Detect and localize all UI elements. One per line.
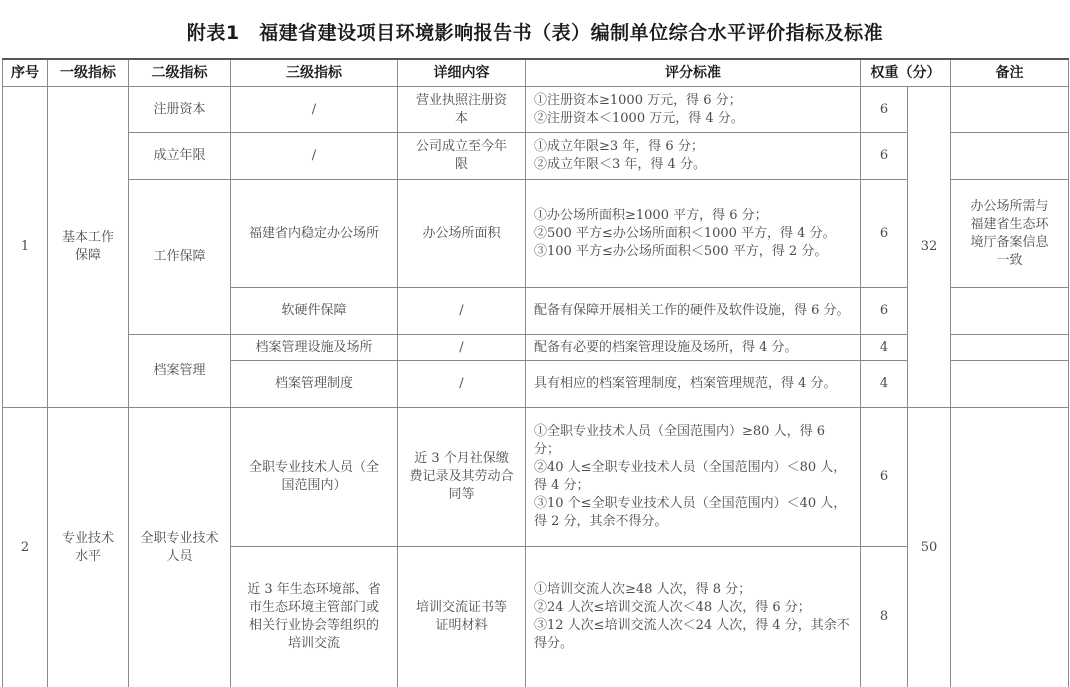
group-index: 2 xyxy=(3,408,48,687)
criteria-cell: ①成立年限≥3 年，得 6 分； ②成立年限＜3 年，得 4 分。 xyxy=(526,133,861,180)
weight-cell: 6 xyxy=(861,133,908,180)
subtotal-cell: 50 xyxy=(908,408,951,687)
header-level1: 一级指标 xyxy=(48,59,129,87)
level3-text: 福建省内稳定办公场所 xyxy=(249,225,379,243)
criteria-cell: 配备有保障开展相关工作的硬件及软件设施，得 6 分。 xyxy=(526,288,861,335)
note-cell: 办公场所需与福建省生态环境厅备案信息一致 xyxy=(951,180,1069,288)
group-level1: 专业技术水平 xyxy=(48,408,129,687)
subtotal-cell: 32 xyxy=(908,87,951,408)
note-cell xyxy=(951,335,1069,361)
detail-cell: 办公场所面积 xyxy=(398,180,526,288)
table-row: 2 专业技术水平 全职专业技术人员 全职专业技术人员（全国范围内） 近 3 个月… xyxy=(3,408,1069,547)
level3-cell: 近 3 年生态环境部、省市生态环境主管部门或相关行业协会等组织的培训交流 xyxy=(231,547,398,687)
detail-text: 营业执照注册资本 xyxy=(412,92,512,128)
evaluation-table: 序号 一级指标 二级指标 三级指标 详细内容 评分标准 权重（分） 备注 1 基… xyxy=(2,58,1069,687)
level3-cell: 档案管理制度 xyxy=(231,361,398,408)
weight-cell: 4 xyxy=(861,361,908,408)
header-note: 备注 xyxy=(951,59,1069,87)
detail-cell: / xyxy=(398,361,526,408)
level2-cell: 成立年限 xyxy=(129,133,231,180)
header-level2: 二级指标 xyxy=(129,59,231,87)
level3-text: 近 3 年生态环境部、省市生态环境主管部门或相关行业协会等组织的培训交流 xyxy=(244,581,384,653)
level2-text: 全职专业技术人员 xyxy=(138,530,222,566)
detail-text: 近 3 个月社保缴费记录及其劳动合同等 xyxy=(409,450,515,504)
criteria-cell: ①培训交流人次≥48 人次，得 8 分； ②24 人次≤培训交流人次＜48 人次… xyxy=(526,547,861,687)
group-index: 1 xyxy=(3,87,48,408)
level1-text: 基本工作保障 xyxy=(56,229,120,265)
note-cell xyxy=(951,288,1069,335)
detail-cell: / xyxy=(398,335,526,361)
detail-cell: 公司成立至今年限 xyxy=(398,133,526,180)
criteria-cell: 配备有必要的档案管理设施及场所，得 4 分。 xyxy=(526,335,861,361)
weight-cell: 6 xyxy=(861,87,908,133)
level1-text: 专业技术水平 xyxy=(56,530,120,566)
note-cell xyxy=(951,361,1069,408)
header-weight: 权重（分） xyxy=(861,59,951,87)
level2-cell: 注册资本 xyxy=(129,87,231,133)
detail-cell: 近 3 个月社保缴费记录及其劳动合同等 xyxy=(398,408,526,547)
level3-cell: / xyxy=(231,133,398,180)
criteria-cell: 具有相应的档案管理制度，档案管理规范，得 4 分。 xyxy=(526,361,861,408)
note-cell xyxy=(951,133,1069,180)
header-criteria: 评分标准 xyxy=(526,59,861,87)
note-cell xyxy=(951,87,1069,133)
detail-text: 公司成立至今年限 xyxy=(412,138,512,174)
weight-cell: 8 xyxy=(861,547,908,687)
weight-cell: 6 xyxy=(861,288,908,335)
level3-text: 全职专业技术人员（全国范围内） xyxy=(249,459,379,495)
level2-cell: 全职专业技术人员 xyxy=(129,408,231,687)
level3-cell: 福建省内稳定办公场所 xyxy=(231,180,398,288)
table-row: 1 基本工作保障 注册资本 / 营业执照注册资本 ①注册资本≥1000 万元，得… xyxy=(3,87,1069,133)
detail-cell: 营业执照注册资本 xyxy=(398,87,526,133)
level3-cell: 档案管理设施及场所 xyxy=(231,335,398,361)
detail-cell: 培训交流证书等证明材料 xyxy=(398,547,526,687)
level2-cell: 工作保障 xyxy=(129,180,231,335)
detail-cell: / xyxy=(398,288,526,335)
group-level1: 基本工作保障 xyxy=(48,87,129,408)
criteria-cell: ①办公场所面积≥1000 平方，得 6 分； ②500 平方≤办公场所面积＜10… xyxy=(526,180,861,288)
header-detail: 详细内容 xyxy=(398,59,526,87)
weight-cell: 4 xyxy=(861,335,908,361)
weight-cell: 6 xyxy=(861,180,908,288)
detail-text: 培训交流证书等证明材料 xyxy=(412,599,512,635)
document-title: 附表1 福建省建设项目环境影响报告书（表）编制单位综合水平评价指标及标准 xyxy=(0,18,1070,45)
header-index: 序号 xyxy=(3,59,48,87)
note-cell xyxy=(951,408,1069,687)
level3-cell: / xyxy=(231,87,398,133)
criteria-cell: ①全职专业技术人员（全国范围内）≥80 人，得 6 分； ②40 人≤全职专业技… xyxy=(526,408,861,547)
weight-cell: 6 xyxy=(861,408,908,547)
level3-cell: 软硬件保障 xyxy=(231,288,398,335)
table-header: 序号 一级指标 二级指标 三级指标 详细内容 评分标准 权重（分） 备注 xyxy=(3,59,1069,87)
level3-cell: 全职专业技术人员（全国范围内） xyxy=(231,408,398,547)
note-text: 办公场所需与福建省生态环境厅备案信息一致 xyxy=(968,198,1052,270)
criteria-cell: ①注册资本≥1000 万元，得 6 分； ②注册资本＜1000 万元，得 4 分… xyxy=(526,87,861,133)
level2-cell: 档案管理 xyxy=(129,335,231,408)
header-level3: 三级指标 xyxy=(231,59,398,87)
